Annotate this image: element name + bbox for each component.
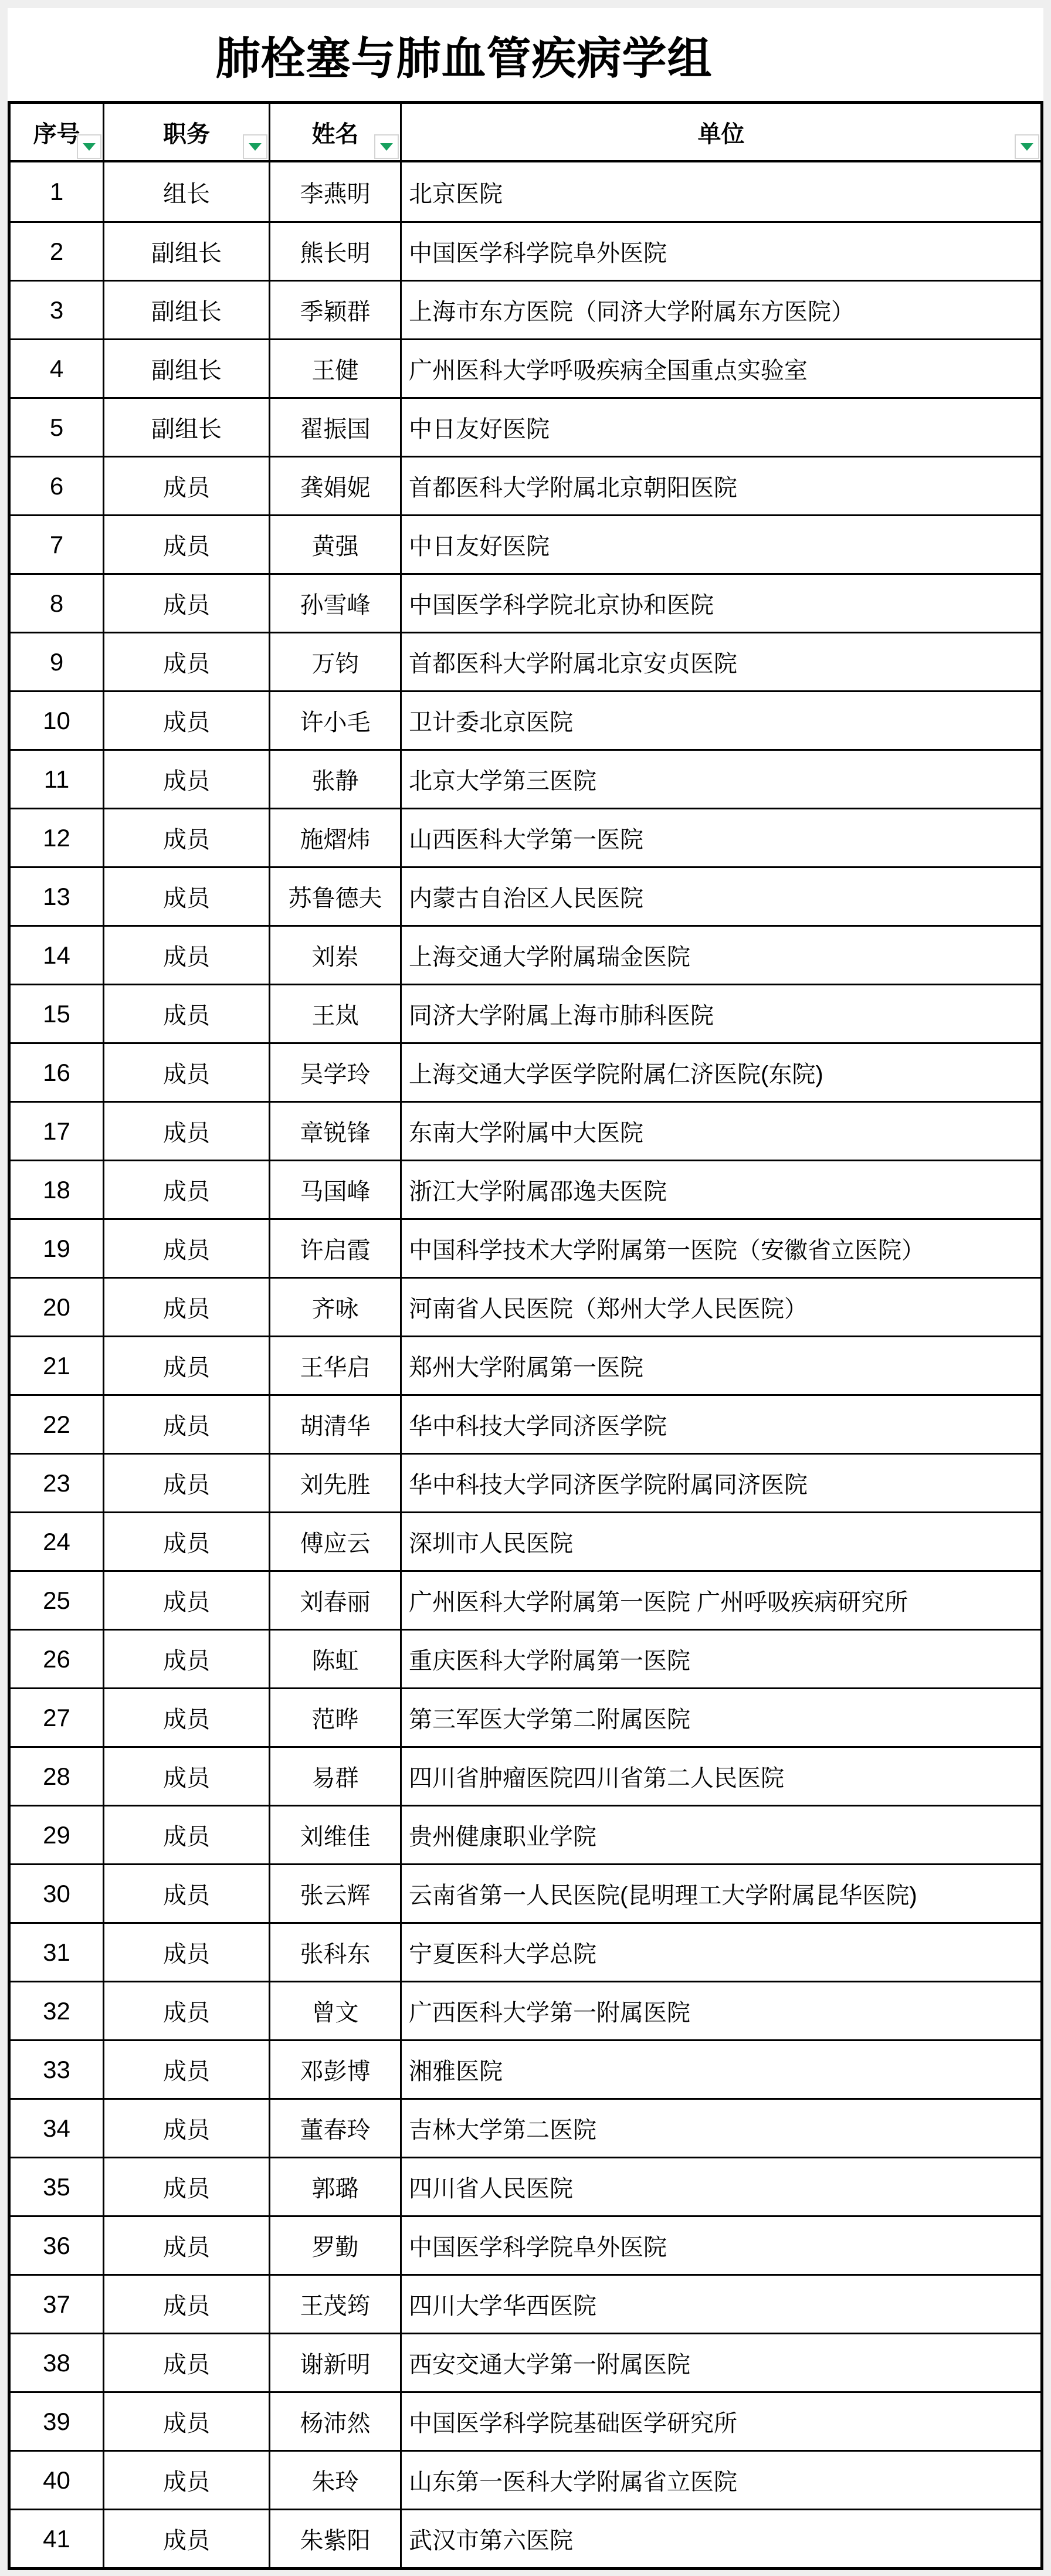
table-cell-role: 成员 — [103, 1746, 269, 1805]
table-cell-role: 成员 — [103, 1042, 269, 1101]
table-cell-name: 邓彭博 — [269, 2039, 400, 2098]
table-cell-role: 成员 — [103, 632, 269, 690]
table-cell-org: 中国医学科学院阜外医院 — [400, 2215, 1040, 2274]
table-cell-role: 成员 — [103, 1629, 269, 1687]
table-cell-org: 浙江大学附属邵逸夫医院 — [400, 1160, 1040, 1218]
table-cell-org: 四川大学华西医院 — [400, 2274, 1040, 2333]
table-cell-index: 23 — [11, 1453, 103, 1511]
filter-dropdown-button-name[interactable] — [374, 134, 399, 159]
table-cell-org: 华中科技大学同济医学院 — [400, 1394, 1040, 1453]
table-cell-name: 郭璐 — [269, 2157, 400, 2215]
table-cell-name: 章锐锋 — [269, 1101, 400, 1160]
column-header-index: 序号 — [11, 104, 103, 162]
table-cell-name: 马国峰 — [269, 1160, 400, 1218]
table-cell-role: 成员 — [103, 1394, 269, 1453]
table-cell-org: 吉林大学第二医院 — [400, 2098, 1040, 2157]
table-cell-name: 王华启 — [269, 1336, 400, 1394]
table-cell-org: 贵州健康职业学院 — [400, 1805, 1040, 1863]
table-cell-name: 易群 — [269, 1746, 400, 1805]
table-cell-org: 广州医科大学附属第一医院 广州呼吸疾病研究所 — [400, 1570, 1040, 1629]
table-cell-org: 云南省第一人民医院(昆明理工大学附属昆华医院) — [400, 1863, 1040, 1922]
column-header-role: 职务 — [103, 104, 269, 162]
table-cell-index: 27 — [11, 1687, 103, 1746]
table-cell-index: 32 — [11, 1981, 103, 2039]
table-cell-index: 12 — [11, 808, 103, 866]
table-cell-index: 14 — [11, 925, 103, 984]
table-cell-role: 成员 — [103, 1805, 269, 1863]
table-cell-org: 郑州大学附属第一医院 — [400, 1336, 1040, 1394]
table-cell-role: 副组长 — [103, 280, 269, 338]
table-cell-index: 15 — [11, 984, 103, 1042]
table-cell-index: 18 — [11, 1160, 103, 1218]
table-cell-index: 19 — [11, 1218, 103, 1277]
table-cell-name: 黄强 — [269, 514, 400, 573]
table-cell-name: 许小毛 — [269, 690, 400, 749]
table-cell-index: 37 — [11, 2274, 103, 2333]
table-cell-name: 朱玲 — [269, 2450, 400, 2509]
table-cell-role: 成员 — [103, 984, 269, 1042]
table-cell-org: 山西医科大学第一医院 — [400, 808, 1040, 866]
table-cell-name: 吴学玲 — [269, 1042, 400, 1101]
table-cell-org: 湘雅医院 — [400, 2039, 1040, 2098]
table-cell-index: 29 — [11, 1805, 103, 1863]
table-cell-role: 成员 — [103, 866, 269, 925]
table-cell-org: 同济大学附属上海市肺科医院 — [400, 984, 1040, 1042]
table-cell-name: 曾文 — [269, 1981, 400, 2039]
table-cell-role: 成员 — [103, 456, 269, 514]
table-cell-org: 中国科学技术大学附属第一医院（安徽省立医院） — [400, 1218, 1040, 1277]
table-cell-name: 万钧 — [269, 632, 400, 690]
table-cell-org: 四川省人民医院 — [400, 2157, 1040, 2215]
table-cell-role: 副组长 — [103, 397, 269, 456]
table-cell-index: 22 — [11, 1394, 103, 1453]
table-cell-index: 35 — [11, 2157, 103, 2215]
table-cell-name: 王茂筠 — [269, 2274, 400, 2333]
table-cell-role: 成员 — [103, 2215, 269, 2274]
table-cell-role: 成员 — [103, 514, 269, 573]
table-cell-org: 上海交通大学医学院附属仁济医院(东院) — [400, 1042, 1040, 1101]
filter-dropdown-button-org[interactable] — [1015, 134, 1039, 159]
table-cell-index: 41 — [11, 2509, 103, 2567]
table-cell-index: 36 — [11, 2215, 103, 2274]
table-cell-org: 上海交通大学附属瑞金医院 — [400, 925, 1040, 984]
table-cell-index: 31 — [11, 1922, 103, 1981]
table-cell-role: 成员 — [103, 1570, 269, 1629]
column-header-org: 单位 — [400, 104, 1040, 162]
table-cell-index: 3 — [11, 280, 103, 338]
table-cell-org: 河南省人民医院（郑州大学人民医院） — [400, 1277, 1040, 1336]
table-cell-org: 内蒙古自治区人民医院 — [400, 866, 1040, 925]
table-cell-name: 傅应云 — [269, 1511, 400, 1570]
table-cell-org: 第三军医大学第二附属医院 — [400, 1687, 1040, 1746]
table-cell-index: 38 — [11, 2333, 103, 2391]
table-cell-index: 11 — [11, 749, 103, 808]
column-header-name-label: 姓名 — [312, 116, 359, 149]
table-cell-index: 1 — [11, 162, 103, 221]
table-cell-index: 8 — [11, 573, 103, 632]
table-cell-role: 成员 — [103, 1218, 269, 1277]
table-cell-name: 范晔 — [269, 1687, 400, 1746]
table-cell-role: 成员 — [103, 1687, 269, 1746]
table-cell-org: 卫计委北京医院 — [400, 690, 1040, 749]
table-cell-name: 王健 — [269, 338, 400, 397]
table-cell-name: 翟振国 — [269, 397, 400, 456]
table-cell-org: 广西医科大学第一附属医院 — [400, 1981, 1040, 2039]
table-cell-name: 熊长明 — [269, 221, 400, 280]
table-cell-role: 成员 — [103, 2098, 269, 2157]
table-cell-name: 罗勤 — [269, 2215, 400, 2274]
table-cell-name: 李燕明 — [269, 162, 400, 221]
table-cell-index: 4 — [11, 338, 103, 397]
column-header-index-label: 序号 — [33, 116, 80, 149]
table-cell-index: 21 — [11, 1336, 103, 1394]
table-cell-org: 中国医学科学院阜外医院 — [400, 221, 1040, 280]
table-cell-org: 北京医院 — [400, 162, 1040, 221]
table-cell-index: 25 — [11, 1570, 103, 1629]
table-cell-role: 组长 — [103, 162, 269, 221]
filter-dropdown-icon — [249, 143, 262, 151]
table-cell-name: 张云辉 — [269, 1863, 400, 1922]
table-cell-index: 30 — [11, 1863, 103, 1922]
table-cell-role: 成员 — [103, 2157, 269, 2215]
spreadsheet-canvas: 肺栓塞与肺血管疾病学组 序号 职务 姓名 单 — [0, 0, 1051, 2576]
table-cell-org: 中日友好医院 — [400, 514, 1040, 573]
table-cell-org: 上海市东方医院（同济大学附属东方医院） — [400, 280, 1040, 338]
table-cell-index: 40 — [11, 2450, 103, 2509]
table-cell-role: 成员 — [103, 573, 269, 632]
table-cell-index: 34 — [11, 2098, 103, 2157]
table-cell-index: 9 — [11, 632, 103, 690]
table-cell-org: 山东第一医科大学附属省立医院 — [400, 2450, 1040, 2509]
table-cell-org: 武汉市第六医院 — [400, 2509, 1040, 2567]
table-cell-name: 张静 — [269, 749, 400, 808]
table-cell-index: 5 — [11, 397, 103, 456]
table-cell-role: 成员 — [103, 2391, 269, 2450]
table-cell-org: 首都医科大学附属北京朝阳医院 — [400, 456, 1040, 514]
table-cell-role: 成员 — [103, 749, 269, 808]
table-cell-name: 许启霞 — [269, 1218, 400, 1277]
column-header-role-label: 职务 — [163, 116, 210, 149]
table-cell-role: 成员 — [103, 2039, 269, 2098]
table-cell-role: 成员 — [103, 1101, 269, 1160]
table-cell-name: 张科东 — [269, 1922, 400, 1981]
table-cell-role: 副组长 — [103, 221, 269, 280]
table-cell-org: 北京大学第三医院 — [400, 749, 1040, 808]
table-cell-index: 33 — [11, 2039, 103, 2098]
table-cell-name: 刘岽 — [269, 925, 400, 984]
table-cell-role: 成员 — [103, 1453, 269, 1511]
table-cell-index: 7 — [11, 514, 103, 573]
table-cell-index: 24 — [11, 1511, 103, 1570]
table-cell-name: 孙雪峰 — [269, 573, 400, 632]
table-cell-name: 齐咏 — [269, 1277, 400, 1336]
table-cell-role: 成员 — [103, 1277, 269, 1336]
table-cell-role: 成员 — [103, 1981, 269, 2039]
table-cell-name: 胡清华 — [269, 1394, 400, 1453]
table-cell-role: 成员 — [103, 1160, 269, 1218]
table-cell-org: 中国医学科学院基础医学研究所 — [400, 2391, 1040, 2450]
table-cell-index: 28 — [11, 1746, 103, 1805]
table-cell-name: 刘维佳 — [269, 1805, 400, 1863]
table-cell-name: 季颖群 — [269, 280, 400, 338]
table-cell-role: 成员 — [103, 1511, 269, 1570]
table-cell-name: 陈虹 — [269, 1629, 400, 1687]
table-cell-name: 苏鲁德夫 — [269, 866, 400, 925]
table-cell-role: 成员 — [103, 2274, 269, 2333]
column-header-org-label: 单位 — [698, 116, 745, 149]
table-cell-org: 宁夏医科大学总院 — [400, 1922, 1040, 1981]
table-cell-org: 西安交通大学第一附属医院 — [400, 2333, 1040, 2391]
table-cell-role: 成员 — [103, 808, 269, 866]
table-cell-name: 龚娟妮 — [269, 456, 400, 514]
column-header-name: 姓名 — [269, 104, 400, 162]
table-cell-role: 成员 — [103, 925, 269, 984]
table-cell-index: 10 — [11, 690, 103, 749]
member-list-sheet: 肺栓塞与肺血管疾病学组 序号 职务 姓名 单 — [8, 8, 1043, 2570]
table-cell-org: 广州医科大学呼吸疾病全国重点实验室 — [400, 338, 1040, 397]
table-cell-org: 重庆医科大学附属第一医院 — [400, 1629, 1040, 1687]
filter-dropdown-icon — [83, 143, 96, 151]
table-cell-role: 成员 — [103, 690, 269, 749]
table-cell-role: 成员 — [103, 1922, 269, 1981]
filter-dropdown-button-role[interactable] — [243, 134, 267, 159]
table-cell-role: 成员 — [103, 2450, 269, 2509]
page-title: 肺栓塞与肺血管疾病学组 — [8, 8, 1043, 101]
table-cell-index: 16 — [11, 1042, 103, 1101]
table-cell-name: 杨沛然 — [269, 2391, 400, 2450]
member-table: 序号 职务 姓名 单位 — [8, 101, 1043, 2570]
table-cell-index: 13 — [11, 866, 103, 925]
filter-dropdown-icon — [380, 143, 393, 151]
table-cell-name: 施熠炜 — [269, 808, 400, 866]
table-cell-org: 四川省肿瘤医院四川省第二人民医院 — [400, 1746, 1040, 1805]
filter-dropdown-button-index[interactable] — [77, 134, 101, 159]
table-cell-org: 中国医学科学院北京协和医院 — [400, 573, 1040, 632]
table-cell-name: 刘春丽 — [269, 1570, 400, 1629]
table-cell-index: 20 — [11, 1277, 103, 1336]
table-cell-name: 王岚 — [269, 984, 400, 1042]
table-cell-name: 刘先胜 — [269, 1453, 400, 1511]
table-cell-index: 6 — [11, 456, 103, 514]
table-cell-org: 中日友好医院 — [400, 397, 1040, 456]
table-cell-index: 39 — [11, 2391, 103, 2450]
table-cell-index: 17 — [11, 1101, 103, 1160]
table-cell-org: 华中科技大学同济医学院附属同济医院 — [400, 1453, 1040, 1511]
table-cell-name: 董春玲 — [269, 2098, 400, 2157]
filter-dropdown-icon — [1021, 143, 1033, 151]
table-cell-role: 成员 — [103, 2333, 269, 2391]
table-cell-role: 成员 — [103, 1336, 269, 1394]
table-cell-index: 26 — [11, 1629, 103, 1687]
table-cell-org: 深圳市人民医院 — [400, 1511, 1040, 1570]
table-cell-name: 朱紫阳 — [269, 2509, 400, 2567]
table-cell-org: 首都医科大学附属北京安贞医院 — [400, 632, 1040, 690]
table-cell-name: 谢新明 — [269, 2333, 400, 2391]
table-cell-index: 2 — [11, 221, 103, 280]
table-cell-org: 东南大学附属中大医院 — [400, 1101, 1040, 1160]
table-cell-role: 成员 — [103, 2509, 269, 2567]
table-cell-role: 副组长 — [103, 338, 269, 397]
table-cell-role: 成员 — [103, 1863, 269, 1922]
